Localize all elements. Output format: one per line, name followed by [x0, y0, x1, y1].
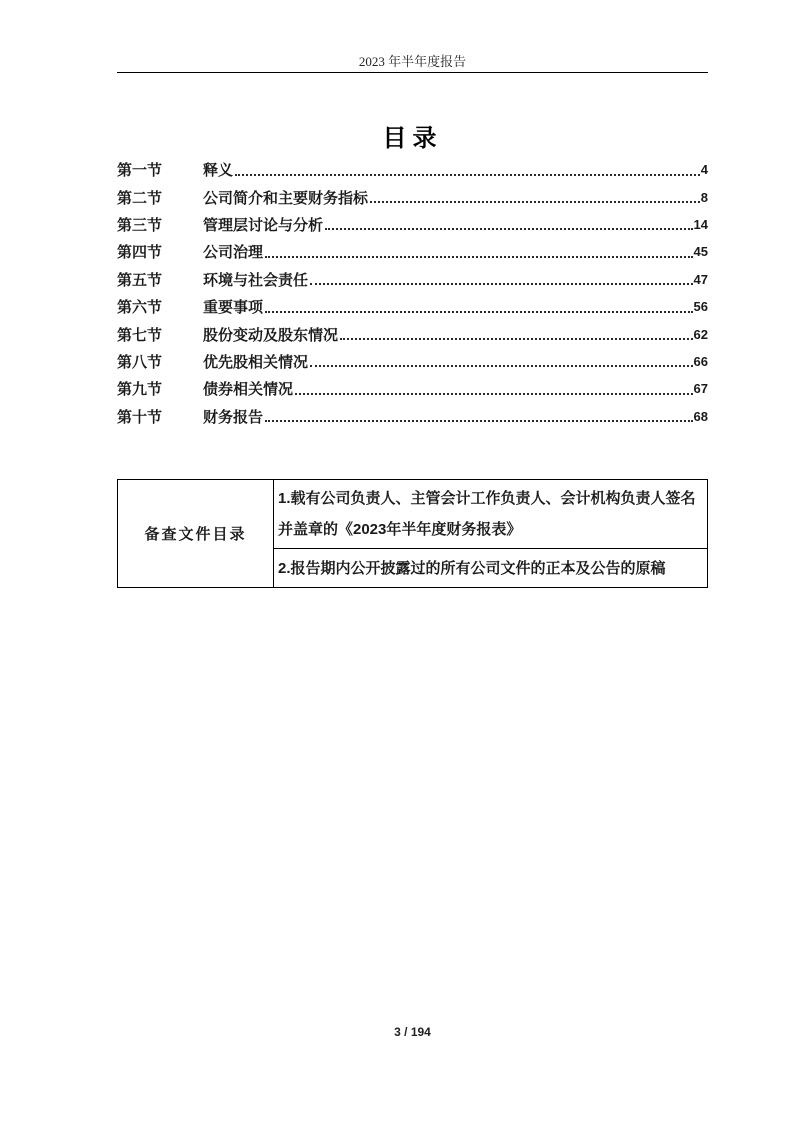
toc-entry[interactable]: 第六节 重要事项 56 [117, 293, 708, 320]
toc-page-number: 68 [693, 409, 708, 424]
toc-page-number: 56 [693, 299, 708, 314]
toc-section-label: 第九节 [117, 378, 203, 399]
toc-page-number: 66 [693, 354, 708, 369]
toc-entry-title: 释义 [203, 159, 233, 180]
toc-page-number: 8 [700, 190, 708, 205]
toc-entry[interactable]: 第二节 公司简介和主要财务指标 8 [117, 183, 708, 210]
reference-documents-table: 备查文件目录 1.载有公司负责人、主管会计工作负责人、会计机构负责人签名并盖章的… [117, 479, 708, 588]
report-header-title: 2023 年半年度报告 [117, 51, 708, 70]
toc-entry[interactable]: 第三节 管理层讨论与分析 14 [117, 211, 708, 238]
toc-entry-title: 环境与社会责任 [203, 269, 308, 290]
toc-entry[interactable]: 第五节 环境与社会责任 47 [117, 266, 708, 293]
page-title: 目录 [117, 118, 708, 153]
toc-dot-leader [310, 365, 693, 367]
toc-entry[interactable]: 第九节 债券相关情况 67 [117, 375, 708, 402]
toc-entry[interactable]: 第十节 财务报告 68 [117, 403, 708, 430]
table-row: 备查文件目录 1.载有公司负责人、主管会计工作负责人、会计机构负责人签名并盖章的… [118, 480, 708, 549]
reference-item-2-cell: 2.报告期内公开披露过的所有公司文件的正本及公告的原稿 [274, 549, 708, 588]
toc-section-label: 第六节 [117, 296, 203, 317]
toc-page-number: 14 [693, 217, 708, 232]
reference-table-header-cell: 备查文件目录 [118, 480, 274, 588]
header-divider [117, 72, 708, 73]
document-page: 2023 年半年度报告 目录 第一节 释义 4 第二节 公司简介和主要财务指标 … [0, 0, 794, 1123]
toc-section-label: 第八节 [117, 351, 203, 372]
toc-dot-leader [310, 283, 693, 285]
toc-section-label: 第十节 [117, 406, 203, 427]
toc-entry-title: 股份变动及股东情况 [203, 324, 338, 345]
page-number-indicator: 3 / 194 [117, 1025, 708, 1039]
toc-entry[interactable]: 第四节 公司治理 45 [117, 238, 708, 265]
toc-entry[interactable]: 第一节 释义 4 [117, 156, 708, 183]
toc-entry[interactable]: 第八节 优先股相关情况 66 [117, 348, 708, 375]
toc-page-number: 62 [693, 327, 708, 342]
toc-section-label: 第五节 [117, 269, 203, 290]
toc-page-number: 47 [693, 272, 708, 287]
toc-section-label: 第四节 [117, 241, 203, 262]
table-of-contents: 第一节 释义 4 第二节 公司简介和主要财务指标 8 第三节 管理层讨论与分析 … [117, 156, 708, 430]
toc-dot-leader [295, 393, 693, 395]
toc-entry-title: 重要事项 [203, 296, 263, 317]
toc-entry-title: 优先股相关情况 [203, 351, 308, 372]
toc-section-label: 第一节 [117, 159, 203, 180]
toc-entry-title: 管理层讨论与分析 [203, 214, 323, 235]
toc-entry-title: 公司简介和主要财务指标 [203, 187, 368, 208]
toc-page-number: 4 [700, 162, 708, 177]
toc-section-label: 第七节 [117, 324, 203, 345]
toc-dot-leader [235, 174, 700, 176]
toc-page-number: 67 [693, 381, 708, 396]
toc-entry-title: 公司治理 [203, 241, 263, 262]
toc-dot-leader [265, 420, 693, 422]
toc-dot-leader [265, 311, 693, 313]
toc-dot-leader [370, 201, 700, 203]
toc-entry-title: 财务报告 [203, 406, 263, 427]
toc-section-label: 第二节 [117, 187, 203, 208]
toc-dot-leader [340, 338, 693, 340]
toc-dot-leader [325, 228, 693, 230]
toc-dot-leader [265, 256, 693, 258]
page-content-area: 2023 年半年度报告 目录 第一节 释义 4 第二节 公司简介和主要财务指标 … [117, 0, 708, 1123]
toc-entry-title: 债券相关情况 [203, 378, 293, 399]
toc-section-label: 第三节 [117, 214, 203, 235]
toc-entry[interactable]: 第七节 股份变动及股东情况 62 [117, 320, 708, 347]
toc-page-number: 45 [693, 244, 708, 259]
reference-item-1-cell: 1.载有公司负责人、主管会计工作负责人、会计机构负责人签名并盖章的《2023年半… [274, 480, 708, 549]
